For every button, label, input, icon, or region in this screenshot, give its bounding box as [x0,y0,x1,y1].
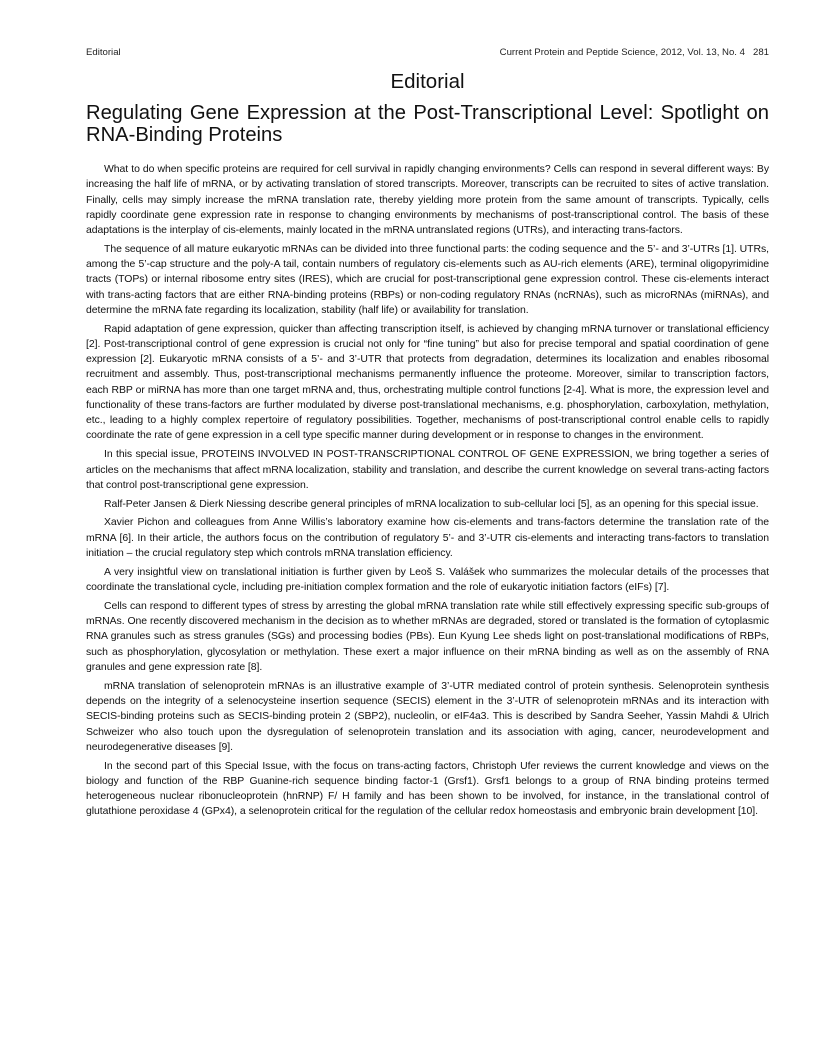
running-head: Editorial Current Protein and Peptide Sc… [86,47,769,58]
paragraph: A very insightful view on translational … [86,565,769,596]
paragraph: In this special issue, PROTEINS INVOLVED… [86,447,769,493]
paragraph: Cells can respond to different types of … [86,599,769,675]
journal-citation: Current Protein and Peptide Science, 201… [500,47,745,58]
running-head-right: Current Protein and Peptide Science, 201… [500,47,769,58]
paragraph: In the second part of this Special Issue… [86,759,769,820]
paragraph: Xavier Pichon and colleagues from Anne W… [86,515,769,561]
article-title: Regulating Gene Expression at the Post-T… [86,102,769,146]
paragraph: What to do when specific proteins are re… [86,162,769,238]
paragraph: The sequence of all mature eukaryotic mR… [86,242,769,318]
paragraph: mRNA translation of selenoprotein mRNAs … [86,679,769,755]
paragraph: Ralf-Peter Jansen & Dierk Niessing descr… [86,497,769,512]
section-label: Editorial [86,70,769,94]
article-body: What to do when specific proteins are re… [86,162,769,823]
running-head-section: Editorial [86,47,121,58]
page-number: 281 [753,47,769,58]
paragraph: Rapid adaptation of gene expression, qui… [86,322,769,444]
